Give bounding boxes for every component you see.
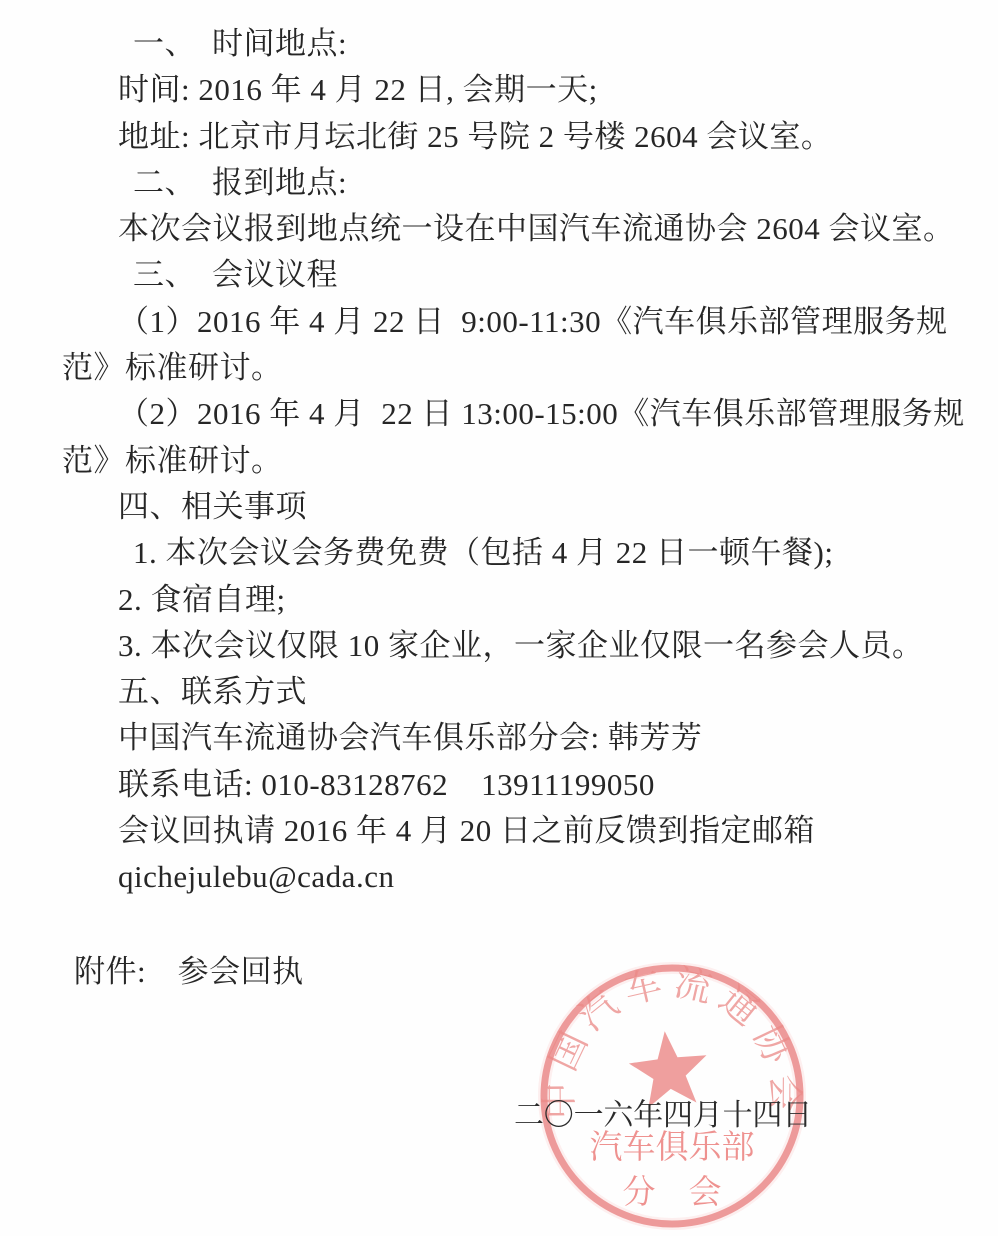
attachment-line: 附件: 参会回执 [74, 946, 304, 991]
checkin-location-line: 本次会议报到地点统一设在中国汽车流通协会 2604 会议室。 [0, 206, 998, 252]
meeting-time-line: 时间: 2016 年 4 月 22 日, 会期一天; [0, 67, 998, 113]
section-two-heading: 二、 报到地点: [0, 160, 998, 206]
section-five-heading: 五、联系方式 [0, 669, 998, 715]
reply-deadline-line: 会议回执请 2016 年 4 月 20 日之前反馈到指定邮箱 [0, 808, 998, 854]
note-3-line: 3. 本次会议仅限 10 家企业，一家企业仅限一名参会人员。 [0, 623, 998, 669]
contact-phone-line: 联系电话: 010-83128762 13911199050 [0, 762, 998, 808]
agenda-item-2-wrap-line: 范》标准研讨。 [0, 438, 998, 484]
contact-org-line: 中国汽车流通协会汽车俱乐部分会: 韩芳芳 [0, 715, 998, 761]
agenda-item-2-line: （2）2016 年 4 月 22 日 13:00-15:00《汽车俱乐部管理服务… [0, 391, 998, 437]
section-three-heading: 三、 会议议程 [0, 252, 998, 298]
section-one-heading: 一、 时间地点: [0, 21, 998, 67]
agenda-item-1-wrap-line: 范》标准研讨。 [0, 345, 998, 391]
note-2-line: 2. 食宿自理; [0, 577, 998, 623]
contact-email-line: qichejulebu@cada.cn [0, 854, 998, 900]
section-four-heading: 四、相关事项 [0, 484, 998, 530]
seal-branch-text: 分 会 [623, 1174, 722, 1211]
meeting-address-line: 地址: 北京市月坛北街 25 号院 2 号楼 2604 会议室。 [0, 114, 998, 160]
seal-org-text: 汽车俱乐部 [590, 1129, 755, 1166]
document-page: 一、 时间地点: 时间: 2016 年 4 月 22 日, 会期一天; 地址: … [0, 0, 998, 1236]
notice-body: 一、 时间地点: 时间: 2016 年 4 月 22 日, 会期一天; 地址: … [0, 21, 998, 901]
agenda-item-1-line: （1）2016 年 4 月 22 日 9:00-11:30《汽车俱乐部管理服务规 [0, 299, 998, 345]
issue-date: 二〇一六年四月十四日 [514, 1090, 812, 1134]
note-1-line: 1. 本次会议会务费免费（包括 4 月 22 日一顿午餐); [0, 530, 998, 576]
